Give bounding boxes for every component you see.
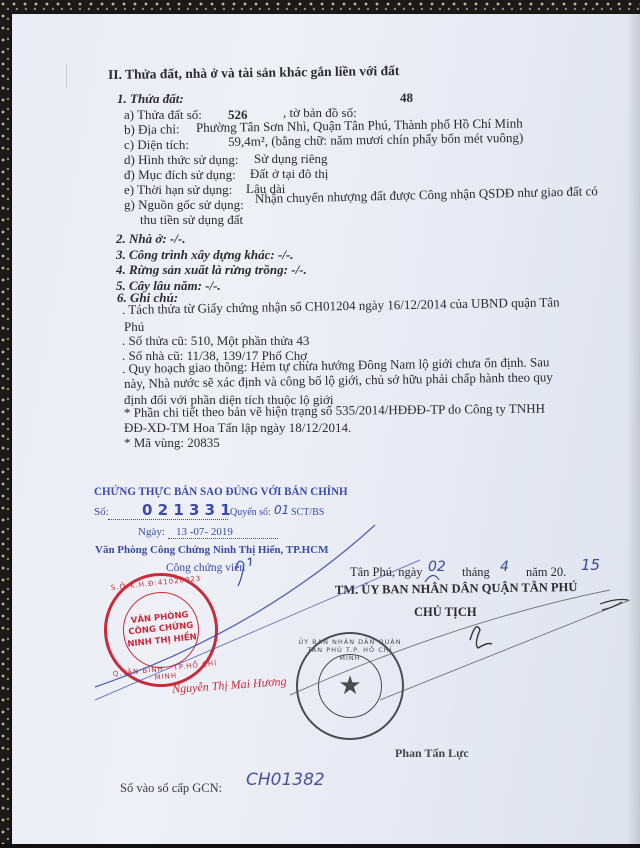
cert-number-value: 0 2 1 3 3 1 — [142, 503, 231, 518]
map-sheet-value: 48 — [400, 91, 413, 104]
issuer-organization: TM. ỦY BAN NHÂN DÂN QUẬN TÂN PHÚ — [335, 581, 577, 596]
official-seal: ỦY BAN NHÂN DÂN QUẬN TÂN PHÚ T.P. HỒ CHÍ… — [296, 632, 404, 740]
cert-book-suffix: SCT/BS — [291, 508, 324, 518]
cert-date-underline — [168, 538, 278, 539]
issuer-title: CHỦ TỊCH — [414, 606, 477, 619]
issue-place-date-prefix: Tân Phú, ngày — [350, 566, 423, 579]
notary-role: Công chứng viên — [166, 563, 245, 575]
registry-label: Số vào sổ cấp GCN: — [120, 782, 222, 795]
usage-form-value: Sử dụng riêng — [254, 152, 328, 165]
notary-office: Văn Phòng Công Chứng Ninh Thị Hiển, TP.H… — [95, 545, 329, 556]
certification-title: CHỨNG THỰC BẢN SAO ĐÚNG VỚI BẢN CHÍNH — [94, 485, 348, 497]
house-item: 2. Nhà ở: -/-. — [116, 232, 185, 245]
issue-day: 02 — [428, 560, 446, 574]
note-line: Phú — [124, 320, 144, 333]
other-construction-item: 3. Công trình xây dựng khác: -/-. — [116, 248, 294, 261]
usage-term-label: e) Thời hạn sử dụng: — [124, 183, 232, 196]
note-line: * Mã vùng: 20835 — [124, 436, 220, 449]
land-heading: 1. Thửa đất: — [117, 92, 184, 105]
note-line: ĐĐ-XD-TM Hoa Tấn lập ngày 18/12/2014. — [124, 421, 351, 434]
usage-purpose-value: Đất ở tại đô thị — [250, 167, 328, 180]
parcel-number-label: a) Thửa đất số: — [124, 108, 202, 121]
cert-number-underline — [108, 519, 228, 520]
national-emblem-icon: ★ — [318, 654, 382, 718]
area-value: 59,4m², (bằng chữ: năm mươi chín phẩy bố… — [228, 131, 523, 148]
cert-book-value: 01 — [274, 504, 289, 516]
usage-purpose-label: đ) Mục đích sử dụng: — [124, 168, 236, 181]
issue-month: 4 — [500, 560, 509, 574]
photo-edge — [0, 844, 640, 848]
address-label: b) Địa chỉ: — [124, 122, 180, 136]
cert-book-label: Quyển số: — [230, 508, 271, 518]
note-line: . Số thửa cũ: 510, Một phần thửa 43 — [122, 334, 309, 347]
cert-number-label: Số: — [94, 507, 109, 518]
issue-year: 15 — [581, 558, 600, 573]
cert-date-label: Ngày: — [138, 527, 165, 538]
origin-value-line2: thu tiền sử dụng đất — [140, 213, 243, 226]
area-label: c) Diện tích: — [124, 138, 189, 151]
signer-name: Phan Tấn Lực — [395, 747, 469, 759]
issue-month-label: tháng — [462, 566, 490, 579]
usage-form-label: d) Hình thức sử dụng: — [124, 153, 238, 166]
origin-label: g) Nguồn gốc sử dụng: — [124, 198, 244, 211]
cert-date-value: 13 -07- 2019 — [176, 527, 233, 538]
fold-mark — [66, 64, 67, 88]
registry-value: CH01382 — [246, 772, 325, 789]
issue-year-label: năm 20. — [526, 566, 566, 579]
forest-item: 4. Rừng sản xuất là rừng trồng: -/-. — [116, 263, 307, 276]
